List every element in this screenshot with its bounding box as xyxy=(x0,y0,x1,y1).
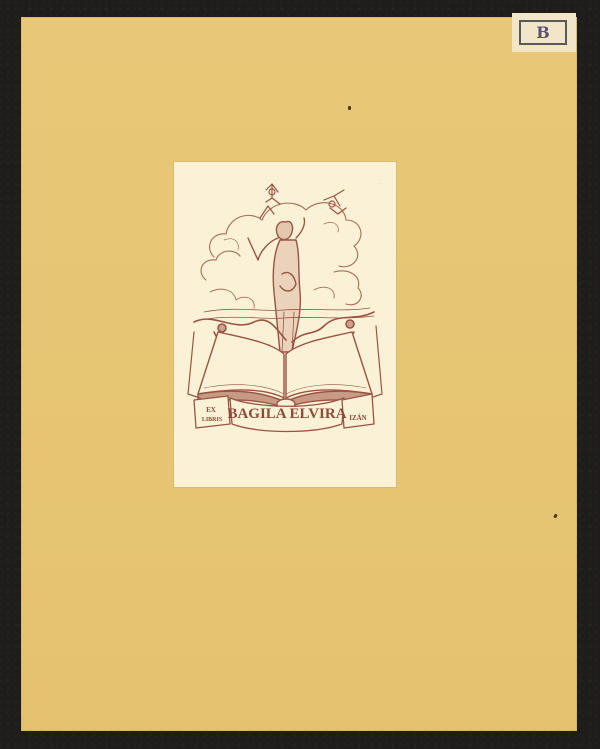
shelf-label-letter: B xyxy=(536,25,550,41)
engraving-illustration: BAGILA ELVIRA EX LIBRIS IZÁN xyxy=(174,162,396,487)
cherub-icon xyxy=(324,190,346,214)
ex-libris-line1: EX xyxy=(206,406,216,414)
dust-speck xyxy=(348,106,351,110)
ex-libris-line2: LIBRIS xyxy=(202,417,223,423)
ex-libris-bookplate: .... xyxy=(174,162,396,487)
artist-signature: IZÁN xyxy=(349,414,367,422)
cherub-icon xyxy=(260,184,280,218)
shelf-label-box: B xyxy=(519,20,567,45)
shelf-label: B xyxy=(512,13,576,52)
owner-name-text: BAGILA ELVIRA xyxy=(227,406,346,422)
dust-speck xyxy=(553,514,558,519)
robed-figure-icon xyxy=(248,218,305,352)
